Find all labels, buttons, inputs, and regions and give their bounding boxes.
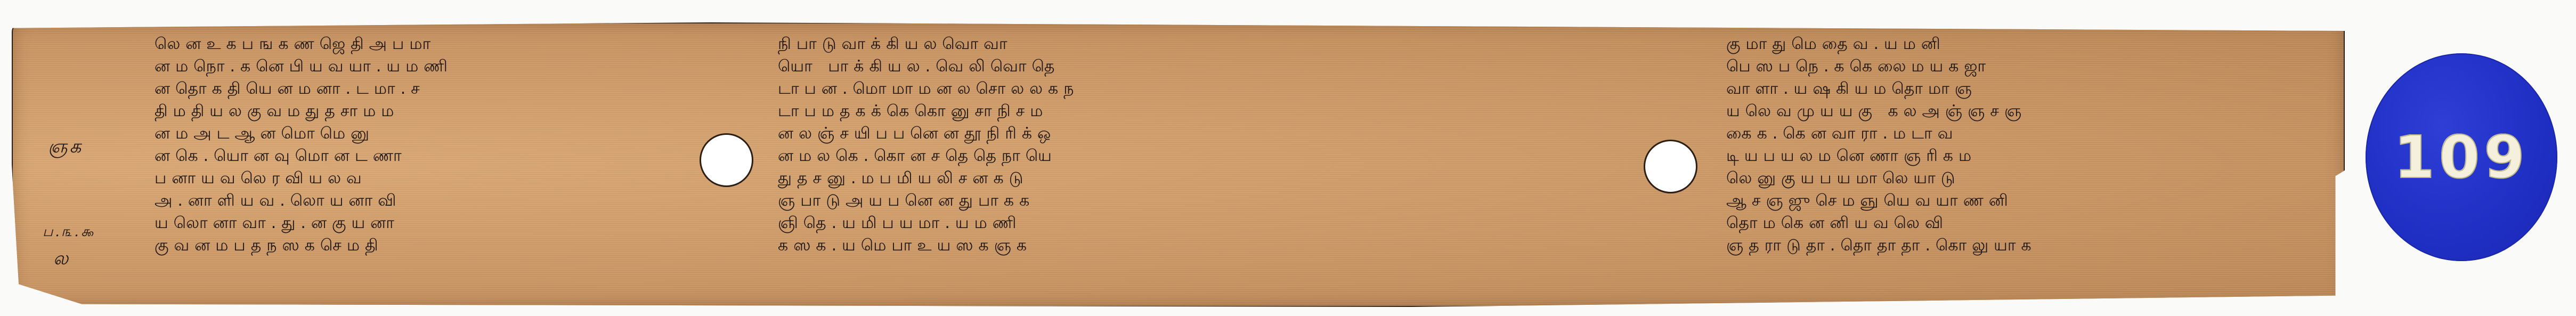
text-line: டியபயலமனெணாஞரிகம <box>1726 145 2259 167</box>
margin-note-bottom: ல <box>53 248 70 271</box>
text-line: குவனமபதநஸகசெமதி <box>155 234 687 257</box>
text-column-middle: நிபாடுவாக்கியலவொவா யொ பாக்கியல.வெலிவொதெ … <box>778 33 1609 257</box>
text-line: டாபன.மொமாமனலசொலலகந <box>778 78 1609 100</box>
text-line: யலொனாவா.து.னகுயனா <box>155 212 687 234</box>
folio-number: 109 <box>2394 123 2529 191</box>
text-line: டாபமதகக்கெகொனுசாநிசம <box>778 100 1609 123</box>
text-line: திமதியலகுவமதுதசாமம <box>155 100 687 123</box>
text-line: லெனுகுயபயமாலெயாடு <box>1726 167 2259 190</box>
margin-note-middle: ப.௩.௯ <box>43 224 96 241</box>
text-line: னமஅடஆனமொமெனு <box>155 123 687 145</box>
text-line: பெஸபநெ.ககெலைமயகஜா <box>1726 55 2259 78</box>
text-line: ஞபாடுஅயபனெனதுபாகக <box>778 190 1609 212</box>
text-line: குமாதுமெதைவ.யமனி <box>1726 33 2259 55</box>
text-line: னகெ.யொனவுமொனடணா <box>155 145 687 167</box>
text-line: ஞிதெ.யமிபயமா.யமணி <box>778 212 1609 234</box>
text-line: நிபாடுவாக்கியலவொவா <box>778 33 1609 55</box>
text-column-right: குமாதுமெதைவ.யமனி பெஸபநெ.ககெலைமயகஜா வாளா.… <box>1726 33 2259 257</box>
left-string-hole <box>700 133 753 187</box>
text-line: னலஞ்சயிபபனெனதூநிரிக்ஒ <box>778 123 1609 145</box>
text-line: யொ பாக்கியல.வெலிவொதெ <box>778 55 1609 78</box>
folio-number-tag: 109 <box>2366 53 2557 261</box>
text-line: னதொகதியெனமனா.டமா.ச <box>155 78 687 100</box>
text-line: தொமகெனனியவலெவி <box>1726 212 2259 234</box>
text-line: னமலகெ.கொனசதெதெநாயெ <box>778 145 1609 167</box>
text-line: அ.னாளியவ.லொயனாவி <box>155 190 687 212</box>
text-line: கைக.கெனவாரா.மடாவ <box>1726 123 2259 145</box>
text-line: ஆசஞஜுசெமஞுயெவயாணனி <box>1726 190 2259 212</box>
text-line: னமநொ.கனெபியவயா.யமணி <box>155 55 687 78</box>
text-line: ஞதராடுதா.தொதாதா.கொலுயாக <box>1726 234 2259 257</box>
text-line: பனாயவலெரவியலவ <box>155 167 687 190</box>
text-line: வாளா.யஷகியமதொமாஞ <box>1726 78 2259 100</box>
text-line: கஸக.யமெபாஉயஸகஞக <box>778 234 1609 257</box>
text-line: துதசனு.மபமியலிசனகடு <box>778 167 1609 190</box>
text-line: யலெவமுயயகு கலஅஞ்ஞசஞ <box>1726 100 2259 123</box>
margin-note-top: ஞக <box>48 136 83 159</box>
text-column-left: லெனஉகபஙகணஜெதிஅபமா னமநொ.கனெபியவயா.யமணி னத… <box>155 33 687 257</box>
text-line: லெனஉகபஙகணஜெதிஅபமா <box>155 33 687 55</box>
right-string-hole <box>1644 140 1697 193</box>
